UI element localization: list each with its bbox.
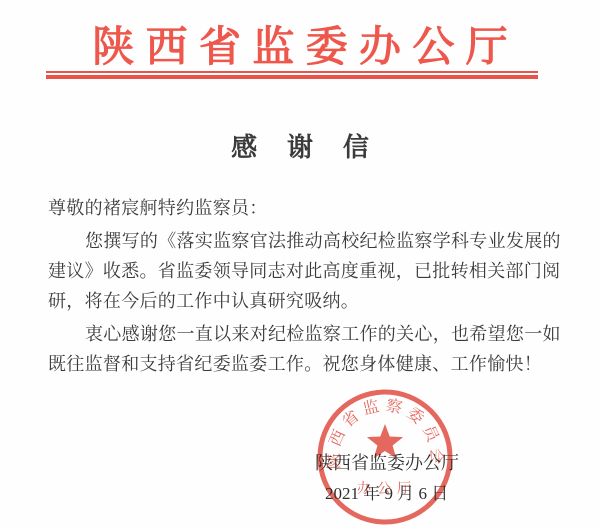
letterhead-rule <box>46 71 538 79</box>
body-line: 既往监督和支持省纪委监委工作。祝您身体健康、工作愉快！ <box>48 349 560 379</box>
letterhead-title: 陕西省监委办公厅 <box>0 14 600 74</box>
scanned-letter-page: 陕西省监委办公厅 感 谢 信 尊敬的褚宸舸特约监察员： 您撰写的《落实监察官法推… <box>0 0 600 528</box>
body-line: 您撰写的《落实监察官法推动高校纪检监察学科专业发展的 <box>48 226 560 256</box>
body-line: 研，将在今后的工作中认真研究吸纳。 <box>48 286 560 316</box>
body-line: 衷心感谢您一直以来对纪检监察工作的关心，也希望您一如 <box>48 319 560 349</box>
letter-title: 感 谢 信 <box>0 127 600 164</box>
letter-body: 尊敬的褚宸舸特约监察员： 您撰写的《落实监察官法推动高校纪检监察学科专业发展的 … <box>48 193 560 379</box>
date-line: 2021 年 9 月 6 日 <box>325 479 525 504</box>
signature-line: 陕西省监委办公厅 <box>315 449 515 475</box>
salutation-line: 尊敬的褚宸舸特约监察员： <box>48 193 560 223</box>
body-line: 建议》收悉。省监委领导同志对此高度重视，已批转相关部门阅 <box>48 256 560 286</box>
